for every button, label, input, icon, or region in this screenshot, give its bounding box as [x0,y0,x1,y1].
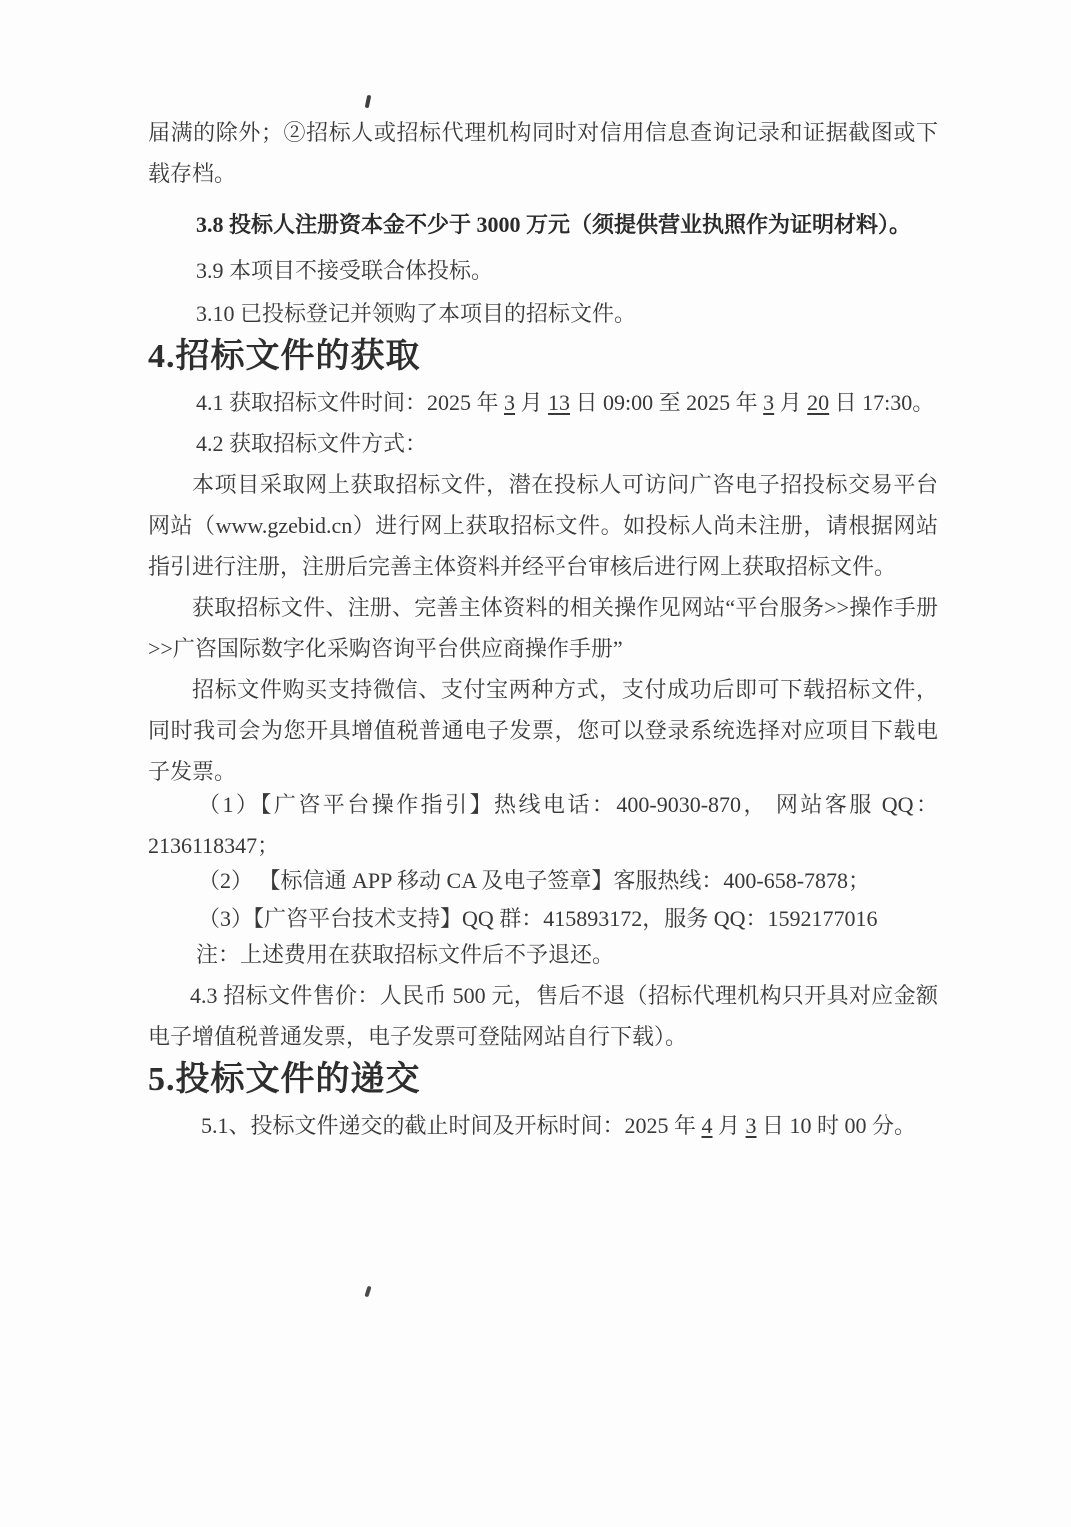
date-day-underlined: 13 [548,390,570,415]
clause-4-1-text: 4.1 获取招标文件时间：2025 年 [196,390,504,415]
contact-item-2: （2） 【标信通 APP 移动 CA 及电子签章】客服热线：400-658-78… [148,860,938,901]
clause-4-1-text: 月 [515,390,548,415]
clause-4-2: 4.2 获取招标文件方式： [148,423,938,464]
clause-3-10: 3.10 已投标登记并领购了本项目的招标文件。 [148,293,938,334]
date-day-underlined: 3 [746,1113,757,1138]
scan-speck [364,1286,371,1298]
date-month-underlined: 4 [702,1113,713,1138]
clause-4-3: 4.3 招标文件售价：人民币 500 元，售后不退（招标代理机构只开具对应金额电… [148,975,938,1057]
clause-5-1-text: 5.1、投标文件递交的截止时间及开标时间：2025 年 [201,1113,702,1138]
paragraph-online-access: 本项目采取网上获取招标文件，潜在投标人可访问广咨电子招投标交易平台网站（www.… [148,464,938,587]
clause-4-1-text: 月 [774,390,807,415]
document-page: 届满的除外；②招标人或招标代理机构同时对信用信息查询记录和证据截图或下载存档。 … [0,0,1071,1527]
clause-4-1: 4.1 获取招标文件时间：2025 年 3 月 13 日 09:00 至 202… [148,382,938,423]
document-content: 届满的除外；②招标人或招标代理机构同时对信用信息查询记录和证据截图或下载存档。 … [148,0,938,1146]
section-4-heading: 4.招标文件的获取 [148,334,938,380]
paragraph-manual-reference: 获取招标文件、注册、完善主体资料的相关操作见网站“平台服务>>操作手册>>广咨国… [148,587,938,669]
clause-5-1-text: 月 [713,1113,746,1138]
clause-3-9: 3.9 本项目不接受联合体投标。 [148,250,938,291]
date-month-underlined: 3 [504,390,515,415]
paragraph-payment-methods: 招标文件购买支持微信、支付宝两种方式，支付成功后即可下载招标文件，同时我司会为您… [148,669,938,792]
scan-speck [356,650,360,655]
paragraph-continuation: 届满的除外；②招标人或招标代理机构同时对信用信息查询记录和证据截图或下载存档。 [148,112,938,194]
clause-4-1-text: 日 17:30。 [829,390,934,415]
date-month-underlined: 3 [763,390,774,415]
clause-3-8: 3.8 投标人注册资本金不少于 3000 万元（须提供营业执照作为证明材料）。 [148,204,938,245]
contact-item-1: （1）【广咨平台操作指引】热线电话：400-9030-870， 网站客服 QQ：… [148,784,938,866]
fee-note: 注：上述费用在获取招标文件后不予退还。 [148,934,938,975]
clause-4-1-text: 日 09:00 至 2025 年 [570,390,763,415]
section-5-heading: 5.投标文件的递交 [148,1057,938,1103]
clause-5-1: 5.1、投标文件递交的截止时间及开标时间：2025 年 4 月 3 日 10 时… [148,1105,938,1146]
clause-5-1-text: 日 10 时 00 分。 [757,1113,917,1138]
contact-item-3: （3）【广咨平台技术支持】QQ 群：415893172，服务 QQ：159217… [148,898,938,939]
date-day-underlined: 20 [807,390,829,415]
